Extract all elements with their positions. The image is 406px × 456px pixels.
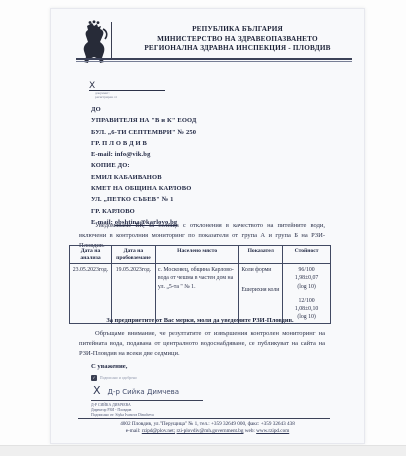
copy-line: ГР. КАРЛОВО: [91, 206, 197, 217]
recipient-line: ГР. П Л О В Д И В: [91, 138, 197, 149]
indicator-cell: Коли форми Ешерихия коли: [239, 264, 283, 324]
value-line: 96/100: [285, 266, 328, 274]
copy-line: УЛ. „ПЕТКО СЪБЕВ" № 1: [91, 194, 197, 205]
recipient-email-line: E-mail: info@vik.bg: [91, 149, 197, 160]
recipient-line: БУЛ. „6-ТИ СЕПТЕМВРИ" № 250: [91, 127, 197, 138]
value-line: 12/100: [285, 297, 328, 305]
footer-email-label: e-mail:: [126, 428, 141, 434]
letterhead-country: РЕПУБЛИКА БЪЛГАРИЯ: [117, 25, 358, 35]
value-cell: 96/100 1,98±0,07 (log 10) 12/100 1,08±0,…: [283, 264, 331, 324]
table-row: 23.05.2023год. 19.05.2023год. с. Москове…: [70, 264, 331, 324]
signed-by-caption: Подписано от: Siyka Ivanova Dimcheva: [91, 413, 154, 418]
address-block: ДО УПРАВИТЕЛЯ НА "В и К" ЕООД БУЛ. „6-ТИ…: [91, 104, 197, 228]
signer-name: Д-р Сийка Димчева: [108, 388, 180, 397]
location-cell: с. Московец, община Карлово- вода от чеш…: [155, 264, 238, 324]
registration-signature-field: X документ: регистриран от: [89, 81, 209, 99]
analysis-date-cell: 23.05.2023год.: [70, 264, 112, 324]
col-header-value: Стойност: [283, 246, 331, 264]
copy-line: КМЕТ НА ОБЩИНА КАРЛОВО: [91, 183, 197, 194]
footer: 4002 Пловдив, ул."Перущица" № 1, тел.: +…: [61, 421, 354, 435]
header-rule-thick: [76, 58, 352, 60]
letterhead-ministry: МИНИСТЕРСТВО НА ЗДРАВЕОПАЗВАНЕТО: [117, 35, 358, 45]
footer-email-link[interactable]: rzi-plovdiv@mh.government.bg: [176, 428, 243, 434]
attention-paragraph: Обръщаме внимание, че резултатите от изв…: [79, 329, 325, 358]
sampling-date-cell: 19.05.2023год.: [111, 264, 155, 324]
col-header-location: Населено място: [155, 246, 238, 264]
signature-caption: регистриран от: [95, 95, 209, 99]
footer-web-label: web:: [245, 428, 255, 434]
signature-x-mark: X: [93, 385, 101, 397]
digital-stamp: ✓ Подписано и одобрено: [91, 375, 137, 381]
signature-captions: Д-Р СИЙКА ДИМЧЕВА Директор РЗИ - Пловдив…: [91, 403, 154, 418]
footer-rule: [78, 418, 330, 419]
copy-to-label: КОПИЕ ДО:: [91, 160, 197, 171]
email-label: E-mail:: [91, 151, 113, 158]
value-line: (log 10): [285, 283, 328, 291]
table-header-row: Дата на анализа Дата на пробовземане Нас…: [70, 246, 331, 264]
indicator-name: Коли форми: [241, 266, 280, 274]
screenshot-bottom-strip: [0, 445, 406, 456]
scanned-letter-canvas: РЕПУБЛИКА БЪЛГАРИЯ МИНИСТЕРСТВО НА ЗДРАВ…: [0, 0, 406, 456]
recipient-line: УПРАВИТЕЛЯ НА "В и К" ЕООД: [91, 115, 197, 126]
value-block: 96/100 1,98±0,07 (log 10): [285, 266, 328, 291]
logo-divider: [111, 22, 112, 60]
header-rule-thin: [76, 61, 352, 62]
letterhead-agency: РЕГИОНАЛНА ЗДРАВНА ИНСПЕКЦИЯ - ПЛОВДИВ: [117, 44, 358, 54]
col-header-sampling-date: Дата на пробовземане: [111, 246, 155, 264]
indicator-name: Ешерихия коли: [241, 286, 280, 294]
recipient-email: info@vik.bg: [115, 151, 151, 158]
to-label: ДО: [91, 104, 197, 115]
value-line: 1,08±0,10: [285, 305, 328, 313]
col-header-indicator: Показател: [239, 246, 283, 264]
footer-email-link[interactable]: rzipd@plov.net;: [142, 428, 175, 434]
closing-salutation: С уважение,: [91, 363, 127, 370]
letterhead: РЕПУБЛИКА БЪЛГАРИЯ МИНИСТЕРСТВО НА ЗДРАВ…: [117, 25, 358, 54]
col-header-analysis-date: Дата на анализа: [70, 246, 112, 264]
footer-address-line: 4002 Пловдив, ул."Перущица" № 1, тел.: +…: [61, 421, 354, 428]
letter-page: РЕПУБЛИКА БЪЛГАРИЯ МИНИСТЕРСТВО НА ЗДРАВ…: [50, 8, 365, 444]
stamp-note: Подписано и одобрено: [100, 376, 137, 380]
measures-note: За предприетите от Вас мерки, моля да ув…: [69, 317, 331, 324]
footer-web-link[interactable]: www.rzipd.com: [256, 428, 289, 434]
director-signature-field: X Д-р Сийка Димчева: [93, 385, 179, 397]
footer-contacts-line: e-mail: rzipd@plov.net; rzi-plovdiv@mh.g…: [61, 428, 354, 435]
copy-line: ЕМИЛ КАБАИВАНОВ: [91, 172, 197, 183]
water-quality-table: Дата на анализа Дата на пробовземане Нас…: [69, 245, 331, 324]
signature-line: [91, 400, 203, 401]
value-line: 1,98±0,07: [285, 274, 328, 282]
certificate-icon: ✓: [91, 375, 97, 381]
